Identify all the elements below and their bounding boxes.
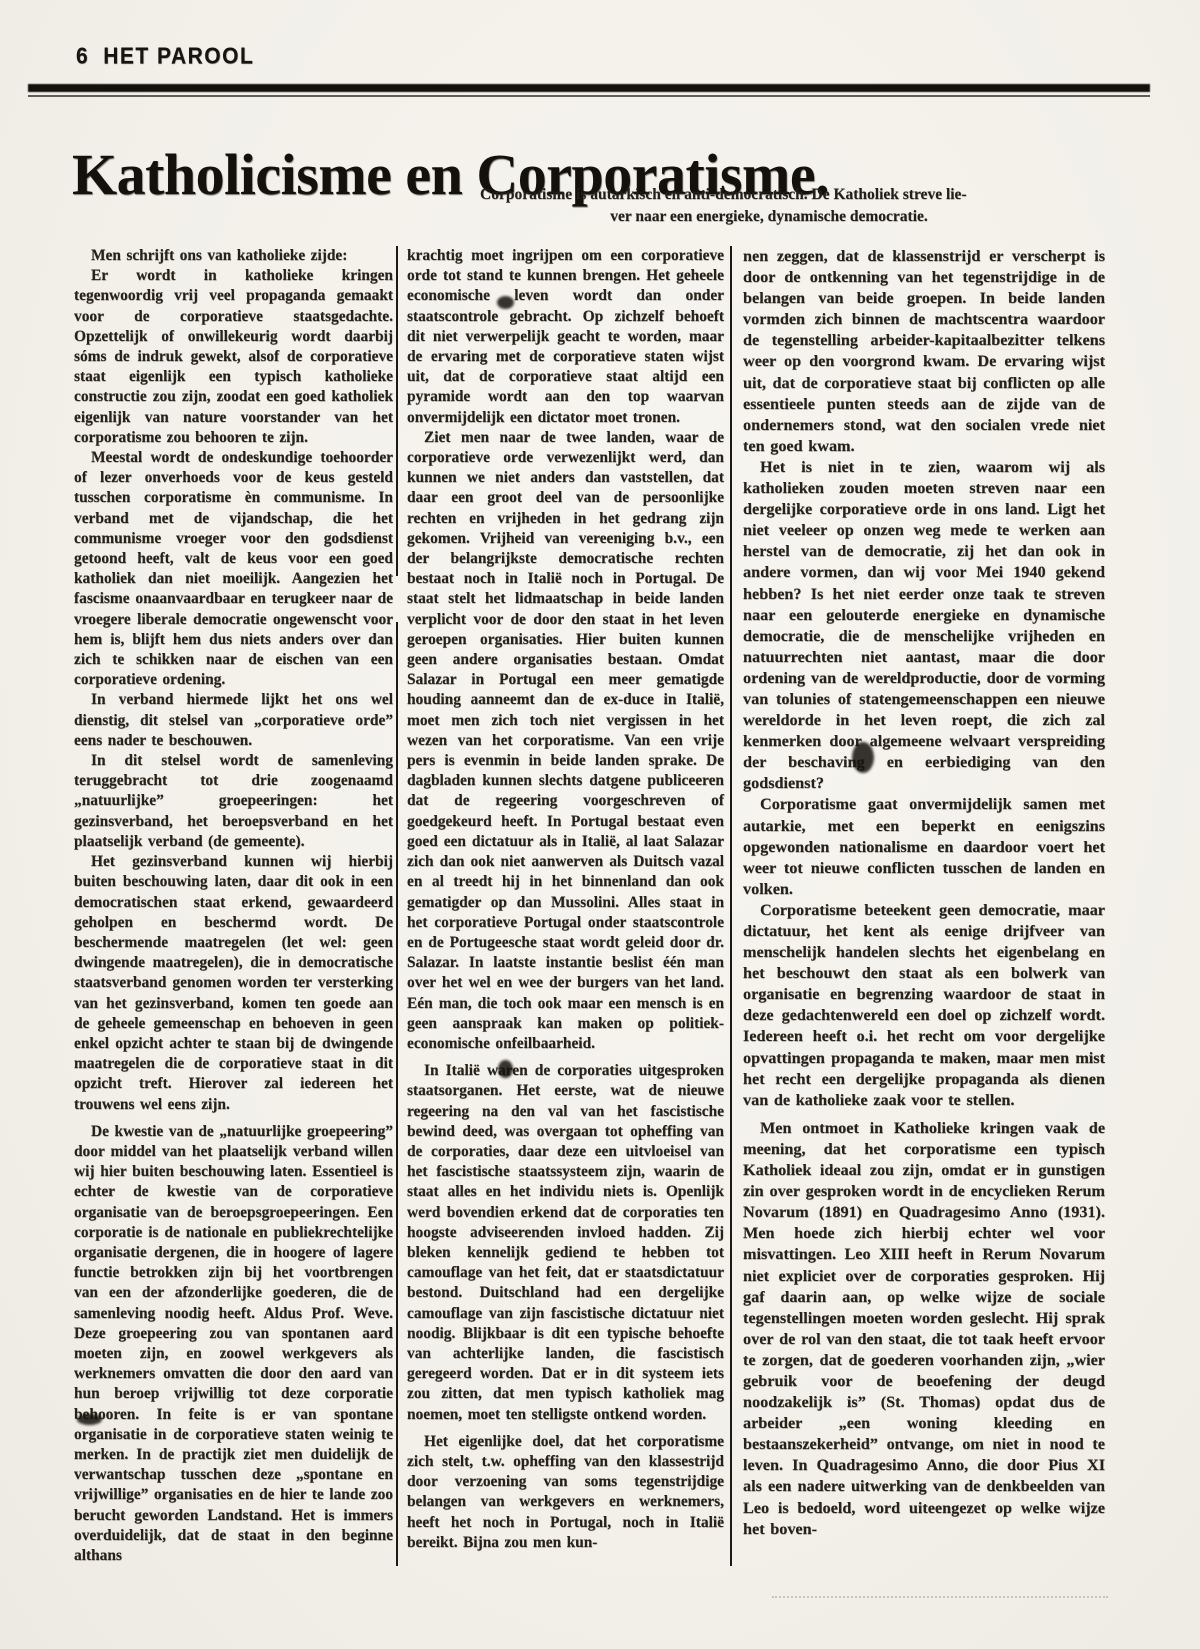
header-rule-thin [28,95,1150,97]
paragraph: De kwestie van de „natuurlijke groepeeri… [74,1122,393,1566]
column-2: krachtig moet ingrijpen om een corporati… [398,246,730,1566]
paragraph: Ziet men naar de twee landen, waar de co… [407,428,724,1054]
column-rule-1 [396,246,398,1566]
column-rule-2 [730,246,732,1566]
ink-smudge [77,1414,102,1425]
ink-smudge [852,742,874,773]
ink-smudge [497,296,514,309]
article-body: Men schrijft ons van katholieke zijde: E… [74,246,1118,1566]
paragraph: Meestal wordt de ondeskundige toehoorder… [74,448,393,690]
article-standfirst: Corporatisme is autarkisch en anti-democ… [480,184,1058,228]
column-3: nen zeggen, dat de klassenstrijd er vers… [732,246,1105,1566]
newspaper-page: { "page": { "page_number": "6", "masthea… [0,0,1200,1649]
header-rule-thick [28,84,1150,92]
paragraph: nen zeggen, dat de klassenstrijd er vers… [743,246,1105,457]
paragraph: In verband hiermede lijkt het ons wel di… [74,690,393,751]
standfirst-line-1: Corporatisme is autarkisch en anti-democ… [480,184,1058,206]
standfirst-line-2: ver naar een energieke, dynamische democ… [480,206,1058,228]
paragraph: Corporatisme gaat onvermijdelijk samen m… [743,794,1105,899]
ink-smudge [498,1060,513,1078]
masthead-title: HET PAROOL [103,44,254,69]
page-number: 6 [76,44,89,69]
paragraph: Men ontmoet in Katholieke kringen vaak d… [743,1118,1105,1540]
column-1: Men schrijft ons van katholieke zijde: E… [74,246,396,1566]
paragraph: krachtig moet ingrijpen om een corporati… [407,246,724,428]
paragraph: Corporatisme beteekent geen democratie, … [743,900,1105,1111]
paragraph: Het gezinsverband kunnen wij hierbij bui… [74,852,393,1115]
paragraph: Men schrijft ons van katholieke zijde: [74,246,393,266]
scan-artifact-line [772,1596,1108,1598]
paragraph: In Italië waren de corporaties uitgespro… [407,1061,724,1425]
paragraph: In dit stelsel wordt de samenleving teru… [74,751,393,852]
paragraph: Het eigenlijke doel, dat het corporatism… [407,1432,724,1553]
masthead: 6HET PAROOL [76,44,254,70]
header-rule [28,84,1150,97]
paragraph: Er wordt in katholieke kringen tegenwoor… [74,266,393,448]
paragraph: Het is niet in te zien, waarom wij als k… [743,457,1105,795]
